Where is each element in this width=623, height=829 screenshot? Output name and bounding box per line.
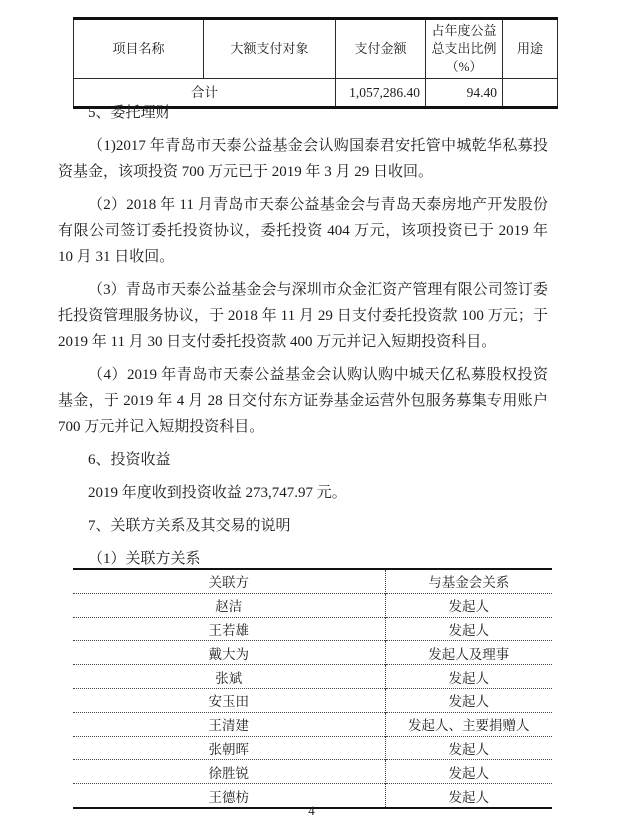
section-5-paragraph-4: （4）2019 年青岛市天泰公益基金会认购认购中城天亿私募股权投资基金，于 20… [58,362,548,440]
header-usage: 用途 [503,19,558,79]
table-row: 戴大为 发起人及理事 [73,641,552,665]
page-number: 4 [0,803,623,819]
header-project-name: 项目名称 [74,19,204,79]
section-5-paragraph-2: （2）2018 年 11 月青岛市天泰公益基金会与青岛天泰房地产开发股份有限公司… [58,192,548,270]
header-payee: 大额支付对象 [204,19,336,79]
rp-name: 张朝晖 [73,736,385,760]
rp-name: 安玉田 [73,688,385,712]
rp-relation: 发起人 [385,760,552,784]
header-ratio: 占年度公益总支出比例（%） [426,19,503,79]
rp-name: 赵洁 [73,593,385,617]
body-text: 5、委托理财 （1)2017 年青岛市天泰公益基金会认购国泰君安托管中城乾华私募… [58,93,548,572]
section-7-heading: 7、关联方关系及其交易的说明 [58,513,548,539]
table-row: 赵洁 发起人 [73,593,552,617]
table-row: 张斌 发起人 [73,665,552,689]
rp-name: 张斌 [73,665,385,689]
section-6-paragraph-1: 2019 年度收到投资收益 273,747.97 元。 [58,480,548,506]
rp-relation: 发起人 [385,736,552,760]
rp-header-relation: 与基金会关系 [385,569,552,593]
rp-relation: 发起人 [385,688,552,712]
section-5-heading: 5、委托理财 [58,100,548,126]
document-page: 项目名称 大额支付对象 支付金额 占年度公益总支出比例（%） 用途 合计 1,0… [0,0,623,829]
payment-table-header-row: 项目名称 大额支付对象 支付金额 占年度公益总支出比例（%） 用途 [74,19,558,79]
rp-name: 王若雄 [73,617,385,641]
rp-name: 徐胜锐 [73,760,385,784]
section-5-paragraph-3: （3）青岛市天泰公益基金会与深圳市众金汇资产管理有限公司签订委托投资管理服务协议… [58,277,548,355]
related-party-table: 关联方 与基金会关系 赵洁 发起人 王若雄 发起人 戴大为 发起人及理事 张斌 … [73,568,552,809]
header-amount: 支付金额 [336,19,426,79]
section-6-heading: 6、投资收益 [58,447,548,473]
rp-header-name: 关联方 [73,569,385,593]
table-row: 徐胜锐 发起人 [73,760,552,784]
rp-relation: 发起人 [385,593,552,617]
rp-relation: 发起人及理事 [385,641,552,665]
rp-name: 王清建 [73,712,385,736]
table-row: 张朝晖 发起人 [73,736,552,760]
table-row: 王若雄 发起人 [73,617,552,641]
rp-relation: 发起人 [385,665,552,689]
rp-name: 戴大为 [73,641,385,665]
table-row: 王清建 发起人、主要捐赠人 [73,712,552,736]
related-party-header-row: 关联方 与基金会关系 [73,569,552,593]
rp-relation: 发起人、主要捐赠人 [385,712,552,736]
section-5-paragraph-1: （1)2017 年青岛市天泰公益基金会认购国泰君安托管中城乾华私募投资基金，该项… [58,133,548,185]
table-row: 安玉田 发起人 [73,688,552,712]
rp-relation: 发起人 [385,617,552,641]
